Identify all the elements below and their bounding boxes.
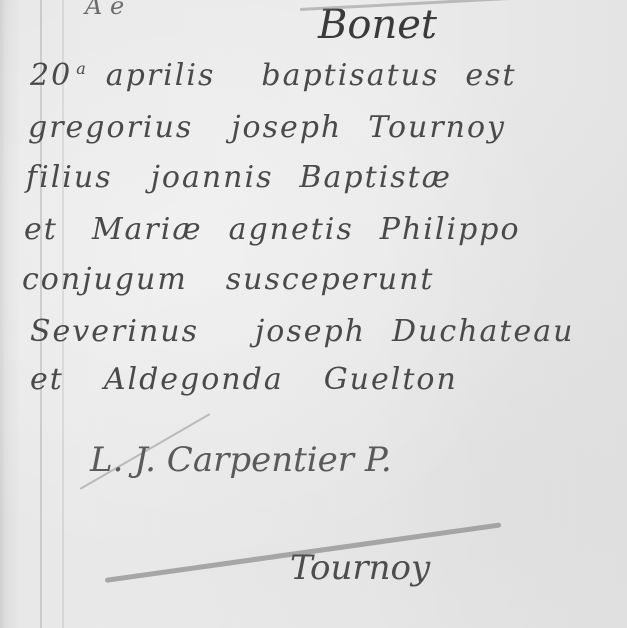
word: et (30, 362, 64, 397)
father-second-name: Baptistæ (300, 160, 452, 195)
record-line-2: gregoriusjosephTournoy (28, 110, 532, 145)
mother-second-name: agnetis (229, 212, 354, 247)
godmother-surname: Guelton (324, 362, 458, 397)
father-first-name: joannis (151, 160, 274, 195)
record-line-4: etMariæagnetisPhilippo (24, 212, 547, 247)
record-line-6: SeverinusjosephDuchateau (30, 314, 600, 349)
word: conjugum (22, 262, 188, 297)
word: susceperunt (226, 262, 435, 297)
godfather-surname: Duchateau (392, 314, 574, 349)
corner-fragment: A e (85, 0, 124, 20)
child-second-name: joseph (231, 110, 342, 145)
godmother-first-name: Aldegonda (104, 362, 284, 397)
record-line-5: conjugumsusceperunt (22, 262, 460, 297)
word: baptisatus (261, 58, 439, 93)
record-line-7: etAldegondaGuelton (30, 362, 484, 397)
witness-signature: Tournoy (290, 548, 430, 588)
priest-signature: L. J. Carpentier P. (90, 440, 392, 480)
mother-first-name: Mariæ (92, 212, 203, 247)
child-first-name: gregorius (28, 110, 193, 145)
word: est (465, 58, 516, 93)
godfather-first-name: Severinus (30, 314, 199, 349)
day-number: 20 (30, 58, 72, 93)
record-line-1: 20aaprilisbaptisatusest (30, 58, 543, 93)
mother-surname: Philippo (380, 212, 521, 247)
word: aprilis (106, 58, 216, 93)
day-suffix: a (76, 59, 88, 78)
child-surname: Tournoy (368, 110, 506, 145)
record-line-3: filiusjoannisBaptistæ (26, 160, 478, 195)
word: filius (26, 160, 113, 195)
word: et (24, 212, 58, 247)
godfather-second-name: joseph (255, 314, 366, 349)
